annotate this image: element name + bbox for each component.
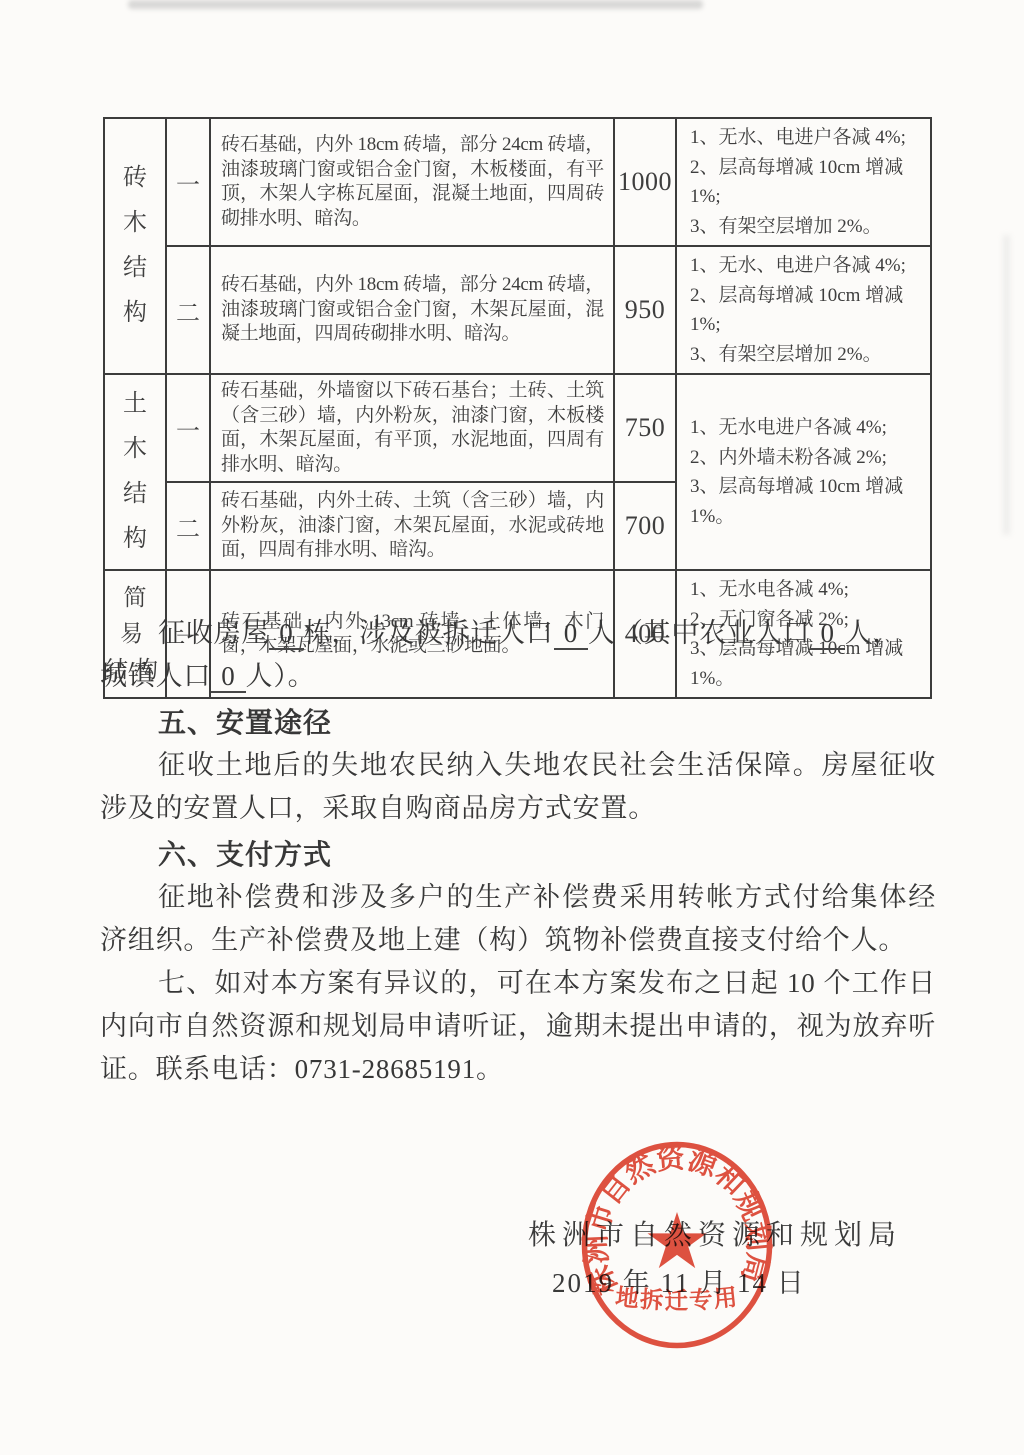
table-row: 二 砖石基础，内外 18cm 砖墙，部分 24cm 砖墙，油漆玻璃门窗或铝合金门…: [104, 246, 931, 374]
grade-cell: 二: [166, 246, 210, 374]
section-paragraph-7: 七、如对本方案有异议的，可在本方案发布之日起 10 个工作日内向市自然资源和规划…: [100, 962, 936, 1091]
grade-cell: 一: [166, 118, 210, 246]
document-page: 砖 木 结 构 一 砖石基础，内外 18cm 砖墙，部分 24cm 砖墙，油漆玻…: [0, 0, 1024, 1455]
description-cell: 砖石基础，内外土砖、土筑（含三砂）墙，内外粉灰，油漆门窗，木架瓦屋面，水泥或砖地…: [210, 482, 614, 570]
notes-cell: 1、无水电进户各减 4%; 2、内外墙未粉各减 2%; 3、层高每增减 10cm…: [676, 374, 931, 570]
table-row: 土 木 结 构 一 砖石基础，外墙窗以下砖石基台；土砖、土筑（含三砂）墙，内外粉…: [104, 374, 931, 482]
notes-cell: 1、无水、电进户各减 4%; 2、层高每增减 10cm 增减 1%; 3、有架空…: [676, 118, 931, 246]
section-paragraph-5: 征收土地后的失地农民纳入失地农民社会生活保障。房屋征收涉及的安置人口，采取自购商…: [100, 744, 936, 830]
census-line-2: 城镇人口0人）。: [100, 655, 936, 698]
section-heading-6: 六、支付方式: [158, 833, 936, 876]
structure-type-cell: 土 木 结 构: [104, 374, 166, 570]
census-text: 栋，涉及被拆迁人口: [304, 618, 554, 648]
price-cell: 750: [614, 374, 676, 482]
table-row: 砖 木 结 构 一 砖石基础，内外 18cm 砖墙，部分 24cm 砖墙，油漆玻…: [104, 118, 931, 246]
census-text: 人（其中农业人口: [588, 618, 810, 648]
price-cell: 950: [614, 246, 676, 374]
structure-type-cell: 砖 木 结 构: [104, 118, 166, 374]
description-cell: 砖石基础，内外 18cm 砖墙，部分 24cm 砖墙，油漆玻璃门窗或铝合金门窗，…: [210, 246, 614, 374]
notes-cell: 1、无水、电进户各减 4%; 2、层高每增减 10cm 增减 1%; 3、有架空…: [676, 246, 931, 374]
price-cell: 700: [614, 482, 676, 570]
census-text: 征收房屋: [158, 618, 269, 648]
filled-blank-agricultural-people: 0: [810, 618, 844, 650]
seal-star-icon: [648, 1212, 707, 1268]
filled-blank-urban-people: 0: [211, 661, 245, 693]
census-text: 人）。: [246, 661, 316, 691]
seal-graphic: 株洲市自然资源和规划局 征地拆迁专用章: [581, 1141, 773, 1349]
filled-blank-buildings: 0: [269, 618, 303, 650]
description-cell: 砖石基础，外墙窗以下砖石基台；土砖、土筑（含三砂）墙，内外粉灰，油漆门窗，木板楼…: [210, 374, 614, 482]
filled-blank-relocated-people: 0: [554, 618, 588, 650]
census-text: 城镇人口: [100, 661, 211, 691]
section-heading-5: 五、安置途径: [158, 701, 936, 744]
section-paragraph-6: 征地补偿费和涉及多户的生产补偿费采用转帐方式付给集体经济组织。生产补偿费及地上建…: [100, 876, 936, 962]
scan-artifact-right: [1003, 235, 1010, 535]
price-cell: 1000: [614, 118, 676, 246]
scan-artifact-top: [128, 0, 703, 9]
body-text: 征收房屋0栋，涉及被拆迁人口0人（其中农业人口0人， 城镇人口0人）。 五、安置…: [100, 612, 936, 1091]
description-cell: 砖石基础，内外 18cm 砖墙，部分 24cm 砖墙，油漆玻璃门窗或铝合金门窗，…: [210, 118, 614, 246]
grade-cell: 二: [166, 482, 210, 570]
census-text: 人，: [845, 618, 901, 648]
census-line-1: 征收房屋0栋，涉及被拆迁人口0人（其中农业人口0人，: [100, 612, 936, 655]
official-seal: 株洲市自然资源和规划局 征地拆迁专用章: [581, 1141, 773, 1349]
grade-cell: 一: [166, 374, 210, 482]
